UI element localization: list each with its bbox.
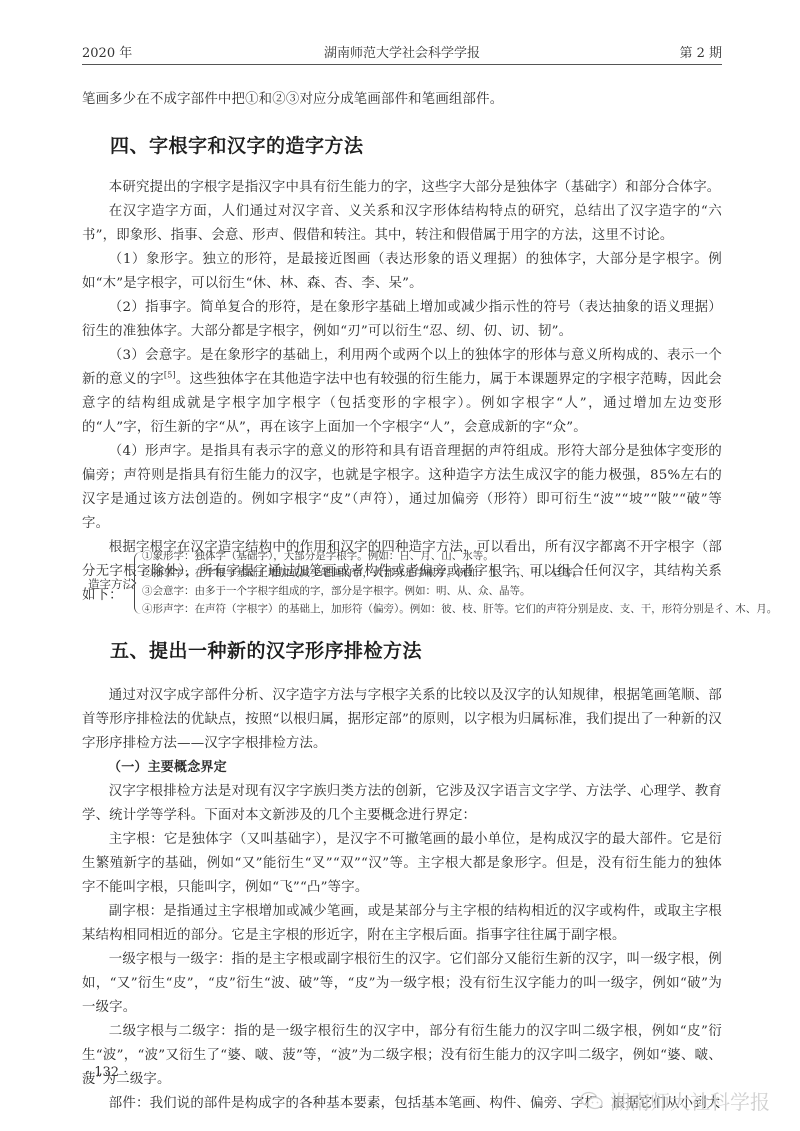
subsection-title: （一）主要概念界定 — [82, 756, 722, 780]
watermark-text: 湖南师大社科学报 — [610, 1086, 770, 1115]
diagram-root-label: 造字方法 — [88, 576, 134, 592]
paragraph-level-2: 二级字根与二级字：指的是一级字根衍生的汉字中，部分有衍生能力的汉字叫二级字根，例… — [82, 1020, 722, 1092]
diagram-branch-xiangxing: ①象形字：独体字（基础字），大部分是字根字。例如：日、月、山、水等。 — [142, 548, 494, 564]
paragraph: 汉字字根排检方法是对现有汉字字族归类方法的创新，它涉及汉字语言文字学、方法学、心… — [82, 780, 722, 828]
diagram-branch-huiyi: ③会意字：由多于一个字根字组成的字，部分是字根字。例如：明、从、众、晶等。 — [142, 583, 531, 599]
paragraph-huiyi: （3）会意字。是在象形字的基础上，利用两个或两个以上的独体字的形体与意义所构成的… — [82, 344, 722, 440]
section-4-title: 四、字根字和汉字的造字方法 — [110, 131, 364, 158]
running-head-issue: 第 2 期 — [679, 42, 722, 61]
section-5-body: 通过对汉字成字部件分析、汉字造字方法与字根字关系的比较以及汉字的认知规律，根据笔… — [82, 684, 722, 1116]
running-head-journal-title: 湖南师范大学社会科学学报 — [82, 42, 722, 61]
paragraph-level-1: 一级字根与一级字：指的是主字根或副字根衍生的汉字。它们部分又能衍生新的汉字，叫一… — [82, 948, 722, 1020]
paragraph-text: 。这些独体字在其他造字法中也有较强的衍生能力，属于本课题界定的字根字范畴，因此会… — [82, 372, 722, 435]
section-4-body: 本研究提出的字根字是指汉字中具有衍生能力的字，这些字大部分是独体字（基础字）和部… — [82, 176, 722, 608]
paragraph: 在汉字造字方面，人们通过对汉字音、义关系和汉字形体结构特点的研究，总结出了汉字造… — [82, 200, 722, 248]
paragraph: （1）象形字。独立的形符，是最接近图画（表达形象的语义理据）的独体字，大部分是字… — [82, 248, 722, 296]
paragraph: 本研究提出的字根字是指汉字中具有衍生能力的字，这些字大部分是独体字（基础字）和部… — [82, 176, 722, 200]
intro-line: 笔画多少在不成字部件中把①和②③对应分成笔画部件和笔画组部件。 — [82, 88, 722, 112]
paragraph: （2）指事字。简单复合的形符，是在象形字基础上增加或减少指示性的符号（表达抽象的… — [82, 296, 722, 344]
section-5-title: 五、提出一种新的汉字形序排检方法 — [110, 636, 422, 663]
paragraph-main-root: 主字根：它是独体字（又叫基础字），是汉字不可撤笔画的最小单位，是构成汉字的最大部… — [82, 828, 722, 900]
journal-page: 2020 年 湖南师范大学社会科学学报 第 2 期 笔画多少在不成字部件中把①和… — [0, 0, 800, 1131]
watermark: 湖南师大社科学报 — [580, 1086, 770, 1115]
running-head: 2020 年 湖南师范大学社会科学学报 第 2 期 — [82, 38, 722, 65]
character-formation-diagram: 造字方法 ①象形字：独体字（基础字），大部分是字根字。例如：日、月、山、水等。 … — [88, 548, 728, 620]
intro-line-block: 笔画多少在不成字部件中把①和②③对应分成笔画部件和笔画组部件。 — [82, 88, 722, 112]
paragraph-sub-root: 副字根：是指通过主字根增加或减少笔画，或是某部分与主字根的结构相近的汉字或构件，… — [82, 900, 722, 948]
paragraph-xingsheng: （4）形声字。是指具有表示字的意义的形符和具有语音理据的声符组成。形符大部分是独… — [82, 440, 722, 536]
page-number: · 132 · — [86, 1065, 127, 1080]
citation-ref: [5] — [164, 371, 176, 380]
curly-bracket-icon — [134, 552, 141, 614]
diagram-branch-zhishi: ②指事字：在字根字基础上增加或减少笔画的字，大部分是字根字。例如：上、下、中、旦… — [142, 565, 583, 581]
diagram-branch-xingsheng: ④形声字：在声符（字根字）的基础上，加形符（偏旁）。例如：彼、枝、肝等。它们的声… — [142, 601, 777, 617]
wechat-icon — [580, 1091, 604, 1111]
paragraph: 通过对汉字成字部件分析、汉字造字方法与字根字关系的比较以及汉字的认知规律，根据笔… — [82, 684, 722, 756]
